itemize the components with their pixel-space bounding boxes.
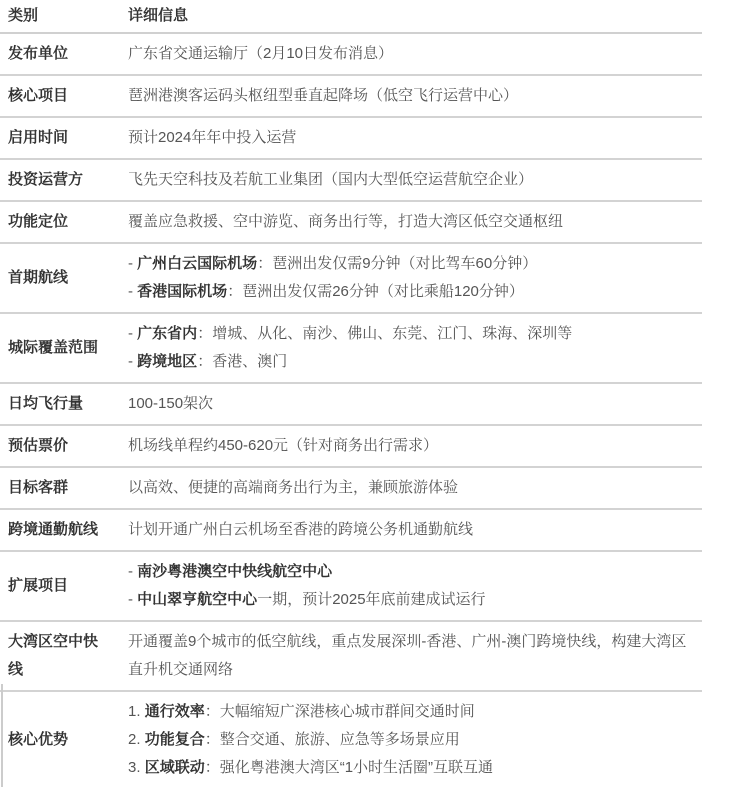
row-label: 预估票价 [0,425,120,467]
content-line: 琶洲港澳客运码头枢纽型垂直起降场（低空飞行运营中心） [128,82,694,110]
content-line: 3. 区域联动：强化粤港澳大湾区“1小时生活圈”互联互通 [128,754,694,782]
bold-term: 南沙粤港澳空中快线航空中心 [137,563,332,580]
row-label: 核心项目 [0,75,120,117]
row-content: 100-150架次 [120,383,702,425]
row-label: 城际覆盖范围 [0,313,120,383]
row-content: 琶洲港澳客运码头枢纽型垂直起降场（低空飞行运营中心） [120,75,702,117]
list-dash: - [128,563,137,580]
text-segment: 一期，预计2025年底前建成试运行 [257,591,485,608]
table-row: 发布单位 广东省交通运输厅（2月10日发布消息） [0,33,702,75]
table-row: 大湾区空中快线 开通覆盖9个城市的低空航线，重点发展深圳-香港、广州-澳门跨境快… [0,621,702,691]
left-edge-divider-line [1,684,3,787]
row-content: - 广州白云国际机场：琶洲出发仅需9分钟（对比驾车60分钟） - 香港国际机场：… [120,243,702,313]
row-label: 跨境通勤航线 [0,509,120,551]
bold-term: 跨境地区 [137,353,197,370]
table-row: 城际覆盖范围 - 广东省内：增城、从化、南沙、佛山、东莞、江门、珠海、深圳等 -… [0,313,702,383]
content-line: 1. 通行效率：大幅缩短广深港核心城市群间交通时间 [128,698,694,726]
content-line: 覆盖应急救援、空中游览、商务出行等，打造大湾区低空交通枢纽 [128,208,694,236]
text-segment: 以高效、便捷的高端商务出行为主，兼顾旅游体验 [128,479,458,496]
content-line: 广东省交通运输厅（2月10日发布消息） [128,40,694,68]
row-label: 启用时间 [0,117,120,159]
row-label: 功能定位 [0,201,120,243]
table-header-row: 类别 详细信息 [0,0,702,33]
text-segment: ：强化粤港澳大湾区“1小时生活圈”互联互通 [205,759,493,776]
content-line: 计划开通广州白云机场至香港的跨境公务机通勤航线 [128,516,694,544]
text-segment: 琶洲港澳客运码头枢纽型垂直起降场（低空飞行运营中心） [128,87,518,104]
content-line: - 南沙粤港澳空中快线航空中心 [128,558,694,586]
row-content: 飞先天空科技及若航工业集团（国内大型低空运营航空企业） [120,159,702,201]
row-content: 计划开通广州白云机场至香港的跨境公务机通勤航线 [120,509,702,551]
content-line: 100-150架次 [128,390,694,418]
row-content: 以高效、便捷的高端商务出行为主，兼顾旅游体验 [120,467,702,509]
bold-term: 通行效率 [145,703,205,720]
row-label: 投资运营方 [0,159,120,201]
bold-term: 香港国际机场 [137,283,227,300]
list-number: 3. [128,759,145,776]
content-line: 飞先天空科技及若航工业集团（国内大型低空运营航空企业） [128,166,694,194]
list-dash: - [128,255,137,272]
table-row: 启用时间 预计2024年年中投入运营 [0,117,702,159]
row-content: - 广东省内：增城、从化、南沙、佛山、东莞、江门、珠海、深圳等 - 跨境地区：香… [120,313,702,383]
list-dash: - [128,353,137,370]
header-details: 详细信息 [120,0,702,33]
table-row: 核心优势 1. 通行效率：大幅缩短广深港核心城市群间交通时间 2. 功能复合：整… [0,691,702,787]
list-dash: - [128,283,137,300]
row-content: - 南沙粤港澳空中快线航空中心 - 中山翠亨航空中心一期，预计2025年底前建成… [120,551,702,621]
bold-term: 功能复合 [145,731,205,748]
content-line: 机场线单程约450-620元（针对商务出行需求） [128,432,694,460]
list-dash: - [128,591,137,608]
list-number: 1. [128,703,145,720]
table-row: 投资运营方 飞先天空科技及若航工业集团（国内大型低空运营航空企业） [0,159,702,201]
row-label: 目标客群 [0,467,120,509]
bold-term: 广州白云国际机场 [137,255,257,272]
table-row: 跨境通勤航线 计划开通广州白云机场至香港的跨境公务机通勤航线 [0,509,702,551]
text-segment: 计划开通广州白云机场至香港的跨境公务机通勤航线 [128,521,473,538]
info-table: 类别 详细信息 发布单位 广东省交通运输厅（2月10日发布消息） 核心项目 琶洲… [0,0,702,787]
content-line: 以高效、便捷的高端商务出行为主，兼顾旅游体验 [128,474,694,502]
bold-term: 区域联动 [145,759,205,776]
table-row: 日均飞行量 100-150架次 [0,383,702,425]
row-content: 开通覆盖9个城市的低空航线，重点发展深圳-香港、广州-澳门跨境快线，构建大湾区直… [120,621,702,691]
row-label: 大湾区空中快线 [0,621,120,691]
text-segment: 机场线单程约450-620元（针对商务出行需求） [128,437,438,454]
bold-term: 中山翠亨航空中心 [137,591,257,608]
content-line: 2. 功能复合：整合交通、旅游、应急等多场景应用 [128,726,694,754]
text-segment: 广东省交通运输厅（2月10日发布消息） [128,45,393,62]
text-segment: ：大幅缩短广深港核心城市群间交通时间 [205,703,475,720]
header-category: 类别 [0,0,120,33]
content-line: - 广州白云国际机场：琶洲出发仅需9分钟（对比驾车60分钟） [128,250,694,278]
text-segment: 开通覆盖9个城市的低空航线，重点发展深圳-香港、广州-澳门跨境快线，构建大湾区直… [128,633,686,678]
list-dash: - [128,325,137,342]
content-line: - 中山翠亨航空中心一期，预计2025年底前建成试运行 [128,586,694,614]
row-content: 广东省交通运输厅（2月10日发布消息） [120,33,702,75]
bold-term: 广东省内 [137,325,197,342]
text-segment: ：琶洲出发仅需26分钟（对比乘船120分钟） [227,283,524,300]
row-content: 预计2024年年中投入运营 [120,117,702,159]
text-segment: 覆盖应急救援、空中游览、商务出行等，打造大湾区低空交通枢纽 [128,213,563,230]
content-line: - 香港国际机场：琶洲出发仅需26分钟（对比乘船120分钟） [128,278,694,306]
table-row: 核心项目 琶洲港澳客运码头枢纽型垂直起降场（低空飞行运营中心） [0,75,702,117]
text-segment: 飞先天空科技及若航工业集团（国内大型低空运营航空企业） [128,171,533,188]
row-label: 首期航线 [0,243,120,313]
row-label: 核心优势 [0,691,120,787]
content-line: - 跨境地区：香港、澳门 [128,348,694,376]
row-label: 发布单位 [0,33,120,75]
table-row: 预估票价 机场线单程约450-620元（针对商务出行需求） [0,425,702,467]
row-label: 扩展项目 [0,551,120,621]
text-segment: ：香港、澳门 [197,353,287,370]
text-segment: ：整合交通、旅游、应急等多场景应用 [205,731,460,748]
text-segment: ：琶洲出发仅需9分钟（对比驾车60分钟） [257,255,537,272]
row-content: 1. 通行效率：大幅缩短广深港核心城市群间交通时间 2. 功能复合：整合交通、旅… [120,691,702,787]
content-line: 预计2024年年中投入运营 [128,124,694,152]
content-line: 开通覆盖9个城市的低空航线，重点发展深圳-香港、广州-澳门跨境快线，构建大湾区直… [128,628,694,684]
text-segment: ：增城、从化、南沙、佛山、东莞、江门、珠海、深圳等 [197,325,572,342]
row-content: 覆盖应急救援、空中游览、商务出行等，打造大湾区低空交通枢纽 [120,201,702,243]
content-line: - 广东省内：增城、从化、南沙、佛山、东莞、江门、珠海、深圳等 [128,320,694,348]
text-segment: 100-150架次 [128,395,213,412]
table-row: 目标客群 以高效、便捷的高端商务出行为主，兼顾旅游体验 [0,467,702,509]
row-content: 机场线单程约450-620元（针对商务出行需求） [120,425,702,467]
table-row: 首期航线 - 广州白云国际机场：琶洲出发仅需9分钟（对比驾车60分钟） - 香港… [0,243,702,313]
list-number: 2. [128,731,145,748]
table-row: 扩展项目 - 南沙粤港澳空中快线航空中心 - 中山翠亨航空中心一期，预计2025… [0,551,702,621]
row-label: 日均飞行量 [0,383,120,425]
table-row: 功能定位 覆盖应急救援、空中游览、商务出行等，打造大湾区低空交通枢纽 [0,201,702,243]
text-segment: 预计2024年年中投入运营 [128,129,296,146]
